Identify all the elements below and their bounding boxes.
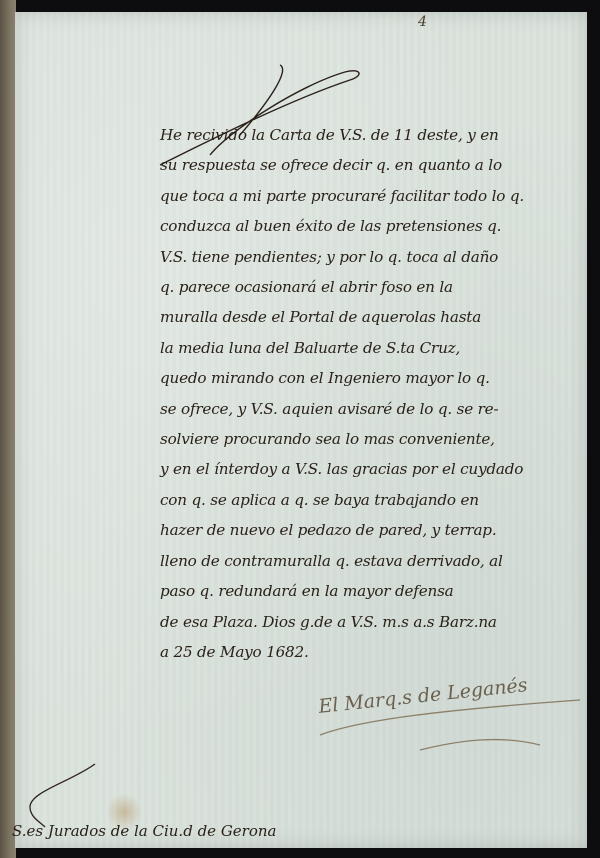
folio-number: 4 <box>418 14 427 30</box>
date-line: a 25 de Mayo 1682. <box>160 637 585 667</box>
body-line: se ofrece, y V.S. aquien avisaré de lo q… <box>160 394 585 424</box>
body-line: que toca a mi parte procuraré facilitar … <box>160 181 585 211</box>
book-spine <box>0 0 16 858</box>
body-line: V.S. tiene pendientes; y por lo q. toca … <box>160 242 585 272</box>
body-line: quedo mirando con el Ingeniero mayor lo … <box>160 363 585 393</box>
body-line: hazer de nuevo el pedazo de pared, y ter… <box>160 515 585 545</box>
body-line: muralla desde el Portal de aquerolas has… <box>160 302 585 332</box>
body-line: q. parece ocasionará el abrir foso en la <box>160 272 585 302</box>
body-line: conduzca al buen éxito de las pretension… <box>160 211 585 241</box>
body-line: su respuesta se ofrece decir q. en quant… <box>160 150 585 180</box>
body-line: con q. se aplica a q. se baya trabajando… <box>160 485 585 515</box>
body-line: solviere procurando sea lo mas convenien… <box>160 424 585 454</box>
body-line: paso q. redundará en la mayor defensa <box>160 576 585 606</box>
body-line: lleno de contramuralla q. estava derriva… <box>160 546 585 576</box>
body-line: de esa Plaza. Dios g.de a V.S. m.s a.s B… <box>160 607 585 637</box>
body-line: la media luna del Baluarte de S.ta Cruz, <box>160 333 585 363</box>
letter-body: He recivido la Carta de V.S. de 11 deste… <box>160 120 585 667</box>
body-line: He recivido la Carta de V.S. de 11 deste… <box>160 120 585 150</box>
body-line: y en el ínterdoy a V.S. las gracias por … <box>160 454 585 484</box>
address-line: S.es Jurados de la Ciu.d de Gerona <box>12 822 276 840</box>
